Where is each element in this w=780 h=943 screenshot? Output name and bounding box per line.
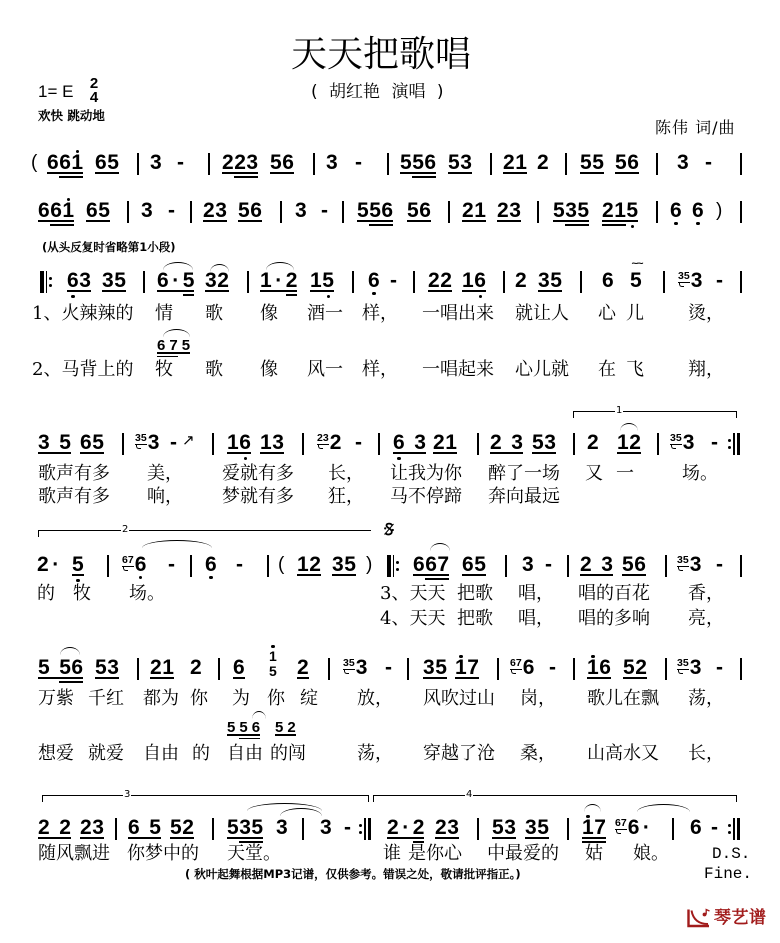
note: 5 [322,270,334,291]
lyric-syllables: 一唱出来 [422,305,494,323]
note: 5 [170,817,182,838]
note: 1 [455,657,467,678]
barline [672,818,674,840]
notes: 556 [357,200,394,221]
thin-bar-line [267,555,269,577]
note: 3 [246,152,258,173]
notation-score: (661653-223563-5565321255563-661653-2356… [0,0,780,943]
barline [477,818,479,840]
note: 2 [587,432,599,453]
barline [656,201,658,223]
thin-bar-line [364,818,366,840]
thin-bar-line [665,555,667,577]
barline [537,201,539,223]
note: 1 [227,432,239,453]
thin-bar-line [302,433,304,455]
note-group: 3 [326,152,338,173]
volta-ending-number: 2 [121,524,129,536]
notes: 12 [617,432,641,453]
barline [190,555,192,577]
double-underline: 5 [183,270,195,291]
note: 7 [169,338,181,353]
lyric-syllables: 1、火辣辣的 [32,305,133,323]
note-group: 23 [80,817,104,838]
note-group: 17 [582,817,606,838]
lyric-syllables: 让我为你 [390,465,462,483]
notes: 32 [205,270,229,291]
note: 3 [522,554,534,575]
notes: 21 [433,432,457,453]
note-group: - [168,200,176,221]
lyric-syllables: 歌 [205,361,223,379]
lyric-syllables: 牧 [155,361,173,379]
thick-bar-line [40,271,44,293]
note: 6 [282,152,294,173]
note-group: 2 [515,270,527,291]
note-group: 535 [227,817,264,838]
notes: 3 [683,432,695,453]
note: - [716,657,724,678]
lyric-syllables: 又 [585,465,603,483]
note: 2 [440,270,452,291]
thin-bar-line [313,153,315,175]
grace-notes: 35 [677,555,689,567]
thin-bar-line [733,433,735,455]
paren-mark: ( [31,152,38,173]
note-group: 63 [67,270,91,291]
lyric-syllables: 像 [260,361,278,379]
notes: 6 [602,270,614,291]
note-group: 55 [580,152,604,173]
note-group: 35 [538,270,562,291]
notes: 23 [435,817,459,838]
stacked-note: 1 [269,649,277,663]
double-underline: 56 [369,200,393,221]
notes: 65 [128,817,161,838]
notes: 3 [295,200,307,221]
lyrics-line: 2、马背上的牧歌像风一样，一唱起来心儿就在飞翔， [0,361,780,381]
lyric-syllables: 亮， [688,610,724,628]
note-group: 3 [677,152,689,173]
note-group: - [545,554,553,575]
note: 6 [47,152,59,173]
note: ( [31,152,38,173]
thin-bar-line [573,433,575,455]
notes: 23 [497,200,521,221]
note: 2 [287,720,299,735]
lyric-syllables: 为 [232,690,250,708]
note: 6 [239,432,251,453]
note: 5 [577,200,589,221]
note-group: 56 [615,152,639,173]
note: 2 [330,432,342,453]
note-group: - [705,152,713,173]
slur-arc [163,262,193,270]
note-group: - [355,152,363,173]
thin-bar-line [137,153,139,175]
notes: 3 [690,657,702,678]
site-logo[interactable]: 琴艺谱 [686,908,767,928]
note-group: - [385,657,393,678]
lyric-syllables: 穿越了沧 [423,745,495,763]
note: 2 [59,817,71,838]
notes: - [545,554,553,575]
note-group: 35 [38,432,71,453]
note: 5 [357,200,369,221]
notation-row: (661653-223563-5565321255563- [0,152,780,182]
note: - [355,152,363,173]
lyric-syllables: 姑 [585,845,603,863]
note: 6 [602,270,614,291]
double-underline: 35 [565,200,589,221]
note: 5 [492,817,504,838]
notes: 6 [135,554,147,575]
thin-bar-line [567,818,569,840]
barline [497,658,499,680]
lyric-syllables: 都为 [143,690,179,708]
augmentation-dot: · [52,554,60,575]
thin-bar-line [580,271,582,293]
thin-bar-line [448,201,450,223]
note-group: 32 [205,270,229,291]
note: 2 [190,657,202,678]
logo-mark-icon [686,908,712,928]
barline [212,818,214,840]
notes: 52 [170,817,194,838]
note: 2 [490,432,502,453]
notes: 17 [455,657,479,678]
lyric-syllables: 自由 [143,745,179,763]
slur-arc [637,804,690,812]
notes: 5~~ [630,270,642,291]
note: - [716,554,724,575]
lyric-syllables: 爱就有多 [222,465,294,483]
note: 6 [157,338,169,353]
notes: 23 [490,432,523,453]
note: 5 [580,152,592,173]
note: 3 [150,152,162,173]
note: 1 [462,270,474,291]
note: 3 [332,554,344,575]
grace-notes: 67 [122,555,134,567]
notes: 13 [260,432,284,453]
note: 5 [537,817,549,838]
note: 7 [594,817,606,838]
notes: 35 [102,270,126,291]
barline [127,201,129,223]
thin-bar-line [740,555,742,577]
notes: 6 [233,657,245,678]
barline [665,555,667,577]
note: 6 [128,817,140,838]
note-group: 353 [670,432,695,453]
notes: 2· [37,554,63,575]
lyric-syllables: 唱， [518,610,554,628]
lyric-syllables: 美， [147,465,183,483]
lyric-syllables: 山高水又 [587,745,659,763]
note-group: 3 [276,817,288,838]
note-group: 56 [622,554,646,575]
double-underline: 2 [286,270,298,291]
segno-icon [383,522,395,537]
note: 6 [233,657,245,678]
note: 2 [309,554,321,575]
note: 2 [537,152,549,173]
note-group: 21 [503,152,527,173]
note-group: 675 [157,338,194,353]
volta-bracket: 1 [573,411,737,418]
lyric-syllables: 把歌 [457,585,493,603]
note: 7 [467,657,479,678]
notes: 35 [525,817,549,838]
notes: 56 [238,200,262,221]
thin-bar-line [665,658,667,680]
barline [328,658,330,680]
notes: 2 [537,152,549,173]
note-group: - [711,432,719,453]
note: 6 [252,720,264,735]
note-group: - [716,554,724,575]
note: 6 [425,554,437,575]
note-group: 3 [141,200,153,221]
volta-bracket: 3 [42,795,369,802]
note: - [168,554,176,575]
notes: 675 [157,338,194,353]
note: 1 [617,432,629,453]
double-underline: 67 [425,554,449,575]
lyric-syllables: 就爱 [88,745,124,763]
notes: 3 [150,152,162,173]
note: 5 [149,817,161,838]
notes: - [716,270,724,291]
notes: 55 [580,152,604,173]
note: 3 [601,554,613,575]
note-group: - [716,657,724,678]
note: 6 [413,554,425,575]
thin-bar-line [565,153,567,175]
notes: 3 [320,817,332,838]
note: 6 [50,200,62,221]
note: 3 [691,270,703,291]
lyric-syllables: 谁 [383,845,401,863]
note: 3 [141,200,153,221]
thin-bar-line [212,818,214,840]
barline [567,818,569,840]
note: 2 [297,657,309,678]
slur-arc [210,264,229,272]
note-group: 51 [269,657,277,678]
note: 2 [433,432,445,453]
note: 5 [238,200,250,221]
notes: 22 [428,270,452,291]
barline [137,153,139,175]
notes: 2 [190,657,202,678]
note: 5 [38,657,50,678]
notes: 53 [492,817,516,838]
notes: 65 [462,554,486,575]
thin-bar-line [656,153,658,175]
barline [573,433,575,455]
note: 3 [544,432,556,453]
lyric-syllables: 歌声有多 [38,488,110,506]
double-underline: 2 [413,817,425,838]
note: 6 [393,432,405,453]
note-group: 667 [413,554,450,575]
note: - [344,817,352,838]
grace-notes: 67 [510,658,522,670]
augmentation-dot: · [402,817,410,838]
note-group: 56 [238,200,262,221]
barline [115,818,117,840]
note: 1 [587,657,599,678]
transcription-disclaimer: ( 秋叶起舞根据MP3记谱，仅供参考。错误之处，敬请批评指正。) [185,868,521,881]
notes: 23 [580,554,613,575]
note-group: 53 [492,817,516,838]
notes: 17 [582,817,606,838]
note: 2 [413,817,425,838]
barline [740,658,742,680]
note: 5 [622,554,634,575]
barline [212,433,214,455]
lyric-syllables: 梦就有多 [222,488,294,506]
note: 3 [504,817,516,838]
notes: 2 [330,432,342,453]
note: 2 [497,200,509,221]
lyric-syllables: 情 [155,305,173,323]
note: 3 [525,817,537,838]
notes: 65 [86,200,110,221]
barline [490,153,492,175]
note: 3 [423,657,435,678]
note-group: 6 [233,657,245,678]
note-group: - [170,432,178,453]
notes: 35 [332,554,356,575]
note: 3 [215,200,227,221]
note: 2 [387,817,399,838]
lyric-syllables: 风吹过山 [423,690,495,708]
note: 2 [37,554,49,575]
note: 51 [269,664,277,678]
note-group: 3 [295,200,307,221]
lyric-syllables: 歌 [205,305,223,323]
barline [107,555,109,577]
note-group: 63 [393,432,426,453]
thin-bar-line [740,201,742,223]
note-group: 353 [343,657,368,678]
note: 6 [419,200,431,221]
dal-segno-marking: D.S. [712,845,750,863]
note: 6 [599,657,611,678]
note: 6 [690,817,702,838]
thin-bar-line [247,271,249,293]
note: 3 [447,817,459,838]
note: ( [278,554,285,575]
note: 5 [114,270,126,291]
lyric-syllables: 一唱起来 [422,361,494,379]
grace-notes: 67 [615,818,627,830]
note: 6 [670,200,682,221]
thin-bar-line [208,153,210,175]
repeat-end-barline [728,818,740,840]
note: 3 [683,432,695,453]
note-group: - [344,817,352,838]
note: 1 [310,270,322,291]
note: - [236,554,244,575]
note-group: 6 [602,270,614,291]
note: 3 [92,817,104,838]
barline [302,818,304,840]
note: - [385,657,393,678]
note-group: 53 [95,657,119,678]
barline [122,433,124,455]
lyric-syllables: 奔向最远 [488,488,560,506]
note-group: 556 [400,152,437,173]
lyric-syllables: 唱， [518,585,554,603]
notes: 3 [691,270,703,291]
note: - [711,817,719,838]
lyric-syllables: 翔， [688,361,724,379]
note: 2 [629,432,641,453]
lyric-syllables: 风一 [307,361,343,379]
note-group: 676· [615,817,653,838]
note-group: 556 [357,200,394,221]
note: 6 [135,554,147,575]
notes: 3 [522,554,534,575]
notes: 6 [670,200,682,221]
notes: 6·5 [157,270,195,291]
fine-marking: Fine. [704,866,752,883]
notes: - [705,152,713,173]
note: 5 [435,657,447,678]
barline [143,271,145,293]
note: 5 [98,200,110,221]
lyric-syllables: 歌儿在飘 [587,690,659,708]
note: 5 [474,554,486,575]
note-group: 21 [462,200,486,221]
notes: 3 [148,432,160,453]
lyric-syllables: 儿 [626,305,644,323]
notes: 661 [47,152,84,173]
repeat-end-barline [728,433,740,455]
note: 3 [511,432,523,453]
note-group: 35 [525,817,549,838]
lyrics-line: 随风飘进你梦中的天堂。谁是你心中最爱的姑娘。D.S. [0,845,780,865]
note-group: 3 [150,152,162,173]
note: 2 [515,270,527,291]
notes: - [390,270,398,291]
paren-mark: ) [716,200,723,221]
notes: 556 [227,720,264,735]
lyric-syllables: 场。 [129,585,165,603]
repeat-dots [49,271,52,293]
lyric-syllables: 岗， [520,690,556,708]
slur-arc [430,543,450,551]
note: 2 [503,152,515,173]
thin-bar-line [503,271,505,293]
lyric-syllables: 醉了一场 [488,465,560,483]
double-underline: 17 [582,817,606,838]
notes: 3 [677,152,689,173]
note-group: 23 [490,432,523,453]
note-group: - [236,554,244,575]
double-underline: 67 [157,338,182,353]
slur-arc [266,262,294,270]
notes: 56 [622,554,646,575]
note: ↗ [182,433,195,448]
lyric-syllables: 是你心 [408,845,462,863]
note: 3 [356,657,368,678]
lyric-syllables: 烫， [688,305,724,323]
